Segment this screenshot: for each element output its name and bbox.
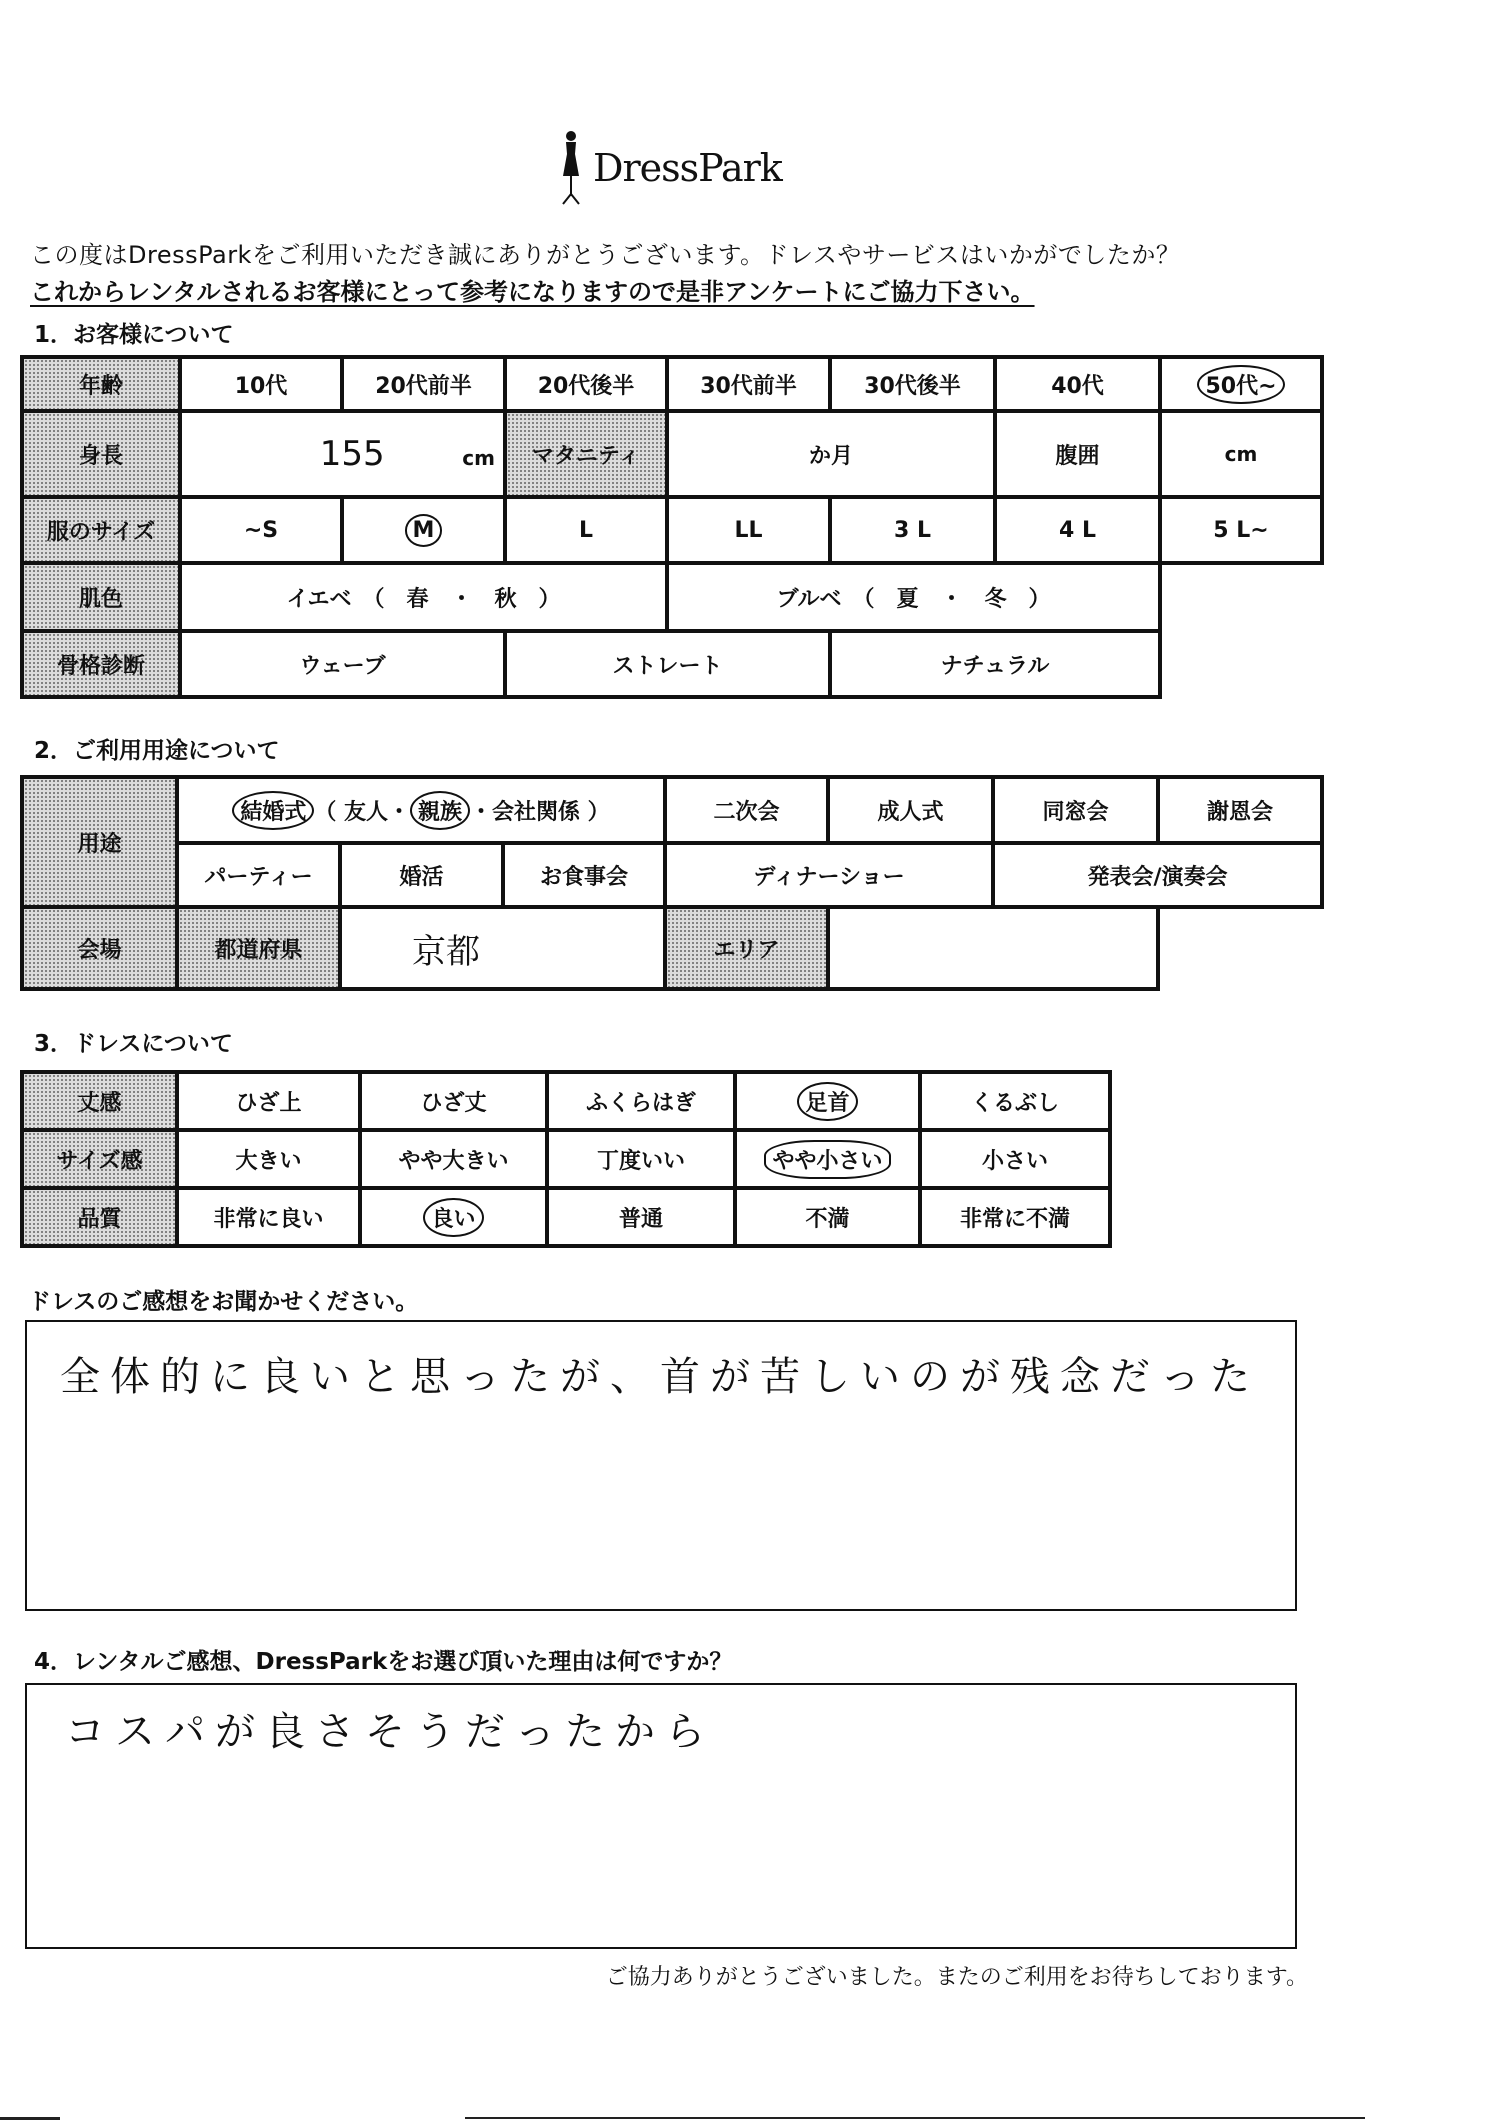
- brand-name: DressPark: [593, 146, 782, 190]
- age-option[interactable]: 20代後半: [505, 357, 667, 411]
- section1-title: 1．お客様について: [34, 316, 234, 349]
- area-field[interactable]: [828, 907, 1158, 989]
- fit-option[interactable]: 小さい: [920, 1130, 1110, 1188]
- selection-circle: やや小さい: [764, 1140, 890, 1179]
- purpose-option[interactable]: お食事会: [503, 843, 665, 907]
- maternity-label: マタニティ: [505, 411, 667, 497]
- size-option[interactable]: 3 L: [830, 497, 995, 563]
- purpose-option[interactable]: パーティー: [177, 843, 340, 907]
- age-row: 年齢 10代 20代前半 20代後半 30代前半 30代後半 40代 50代~: [22, 357, 1322, 411]
- skin-option-blue[interactable]: ブルベ （ 夏 ・ 冬 ）: [667, 563, 1160, 631]
- section3-title: 3．ドレスについて: [34, 1025, 233, 1058]
- skeleton-label: 骨格診断: [22, 631, 180, 697]
- fit-option-selected[interactable]: やや小さい: [735, 1130, 920, 1188]
- size-label: 服のサイズ: [22, 497, 180, 563]
- height-field[interactable]: 155 cm: [180, 411, 505, 497]
- age-label: 年齢: [22, 357, 180, 411]
- length-option-selected[interactable]: 足首: [735, 1072, 920, 1130]
- length-option[interactable]: ひざ丈: [360, 1072, 547, 1130]
- selection-circle: M: [405, 514, 443, 547]
- venue-row: 会場 都道府県 京都 エリア: [22, 907, 1322, 989]
- size-option-selected[interactable]: M: [342, 497, 505, 563]
- waist-label: 腹囲: [995, 411, 1160, 497]
- wedding-open-text: （ 友人・: [314, 800, 410, 825]
- intro-text: この度はDressParkをご利用いただき誠にありがとうございます。ドレスやサー…: [30, 235, 1180, 270]
- skin-option-yellow[interactable]: イエベ （ 春 ・ 秋 ）: [180, 563, 667, 631]
- customer-info-table: 年齢 10代 20代前半 20代後半 30代前半 30代後半 40代 50代~ …: [20, 355, 1324, 699]
- skin-label: 肌色: [22, 563, 180, 631]
- size-option[interactable]: LL: [667, 497, 830, 563]
- scan-artifact: [465, 2117, 1365, 2119]
- comment-prompt: ドレスのご感想をお聞かせください。: [28, 1283, 418, 1316]
- fit-option[interactable]: 大きい: [177, 1130, 360, 1188]
- size-option[interactable]: L: [505, 497, 667, 563]
- age-option[interactable]: 20代前半: [342, 357, 505, 411]
- height-value: 155: [320, 434, 385, 474]
- selection-circle: 50代~: [1197, 365, 1284, 404]
- skeleton-option[interactable]: ウェーブ: [180, 631, 505, 697]
- size-option[interactable]: ~S: [180, 497, 342, 563]
- height-unit: cm: [462, 446, 495, 470]
- purpose-option[interactable]: 二次会: [665, 777, 828, 843]
- selection-circle: 足首: [797, 1082, 857, 1121]
- purpose-option[interactable]: 発表会/演奏会: [993, 843, 1322, 907]
- purpose-row-1: 用途 結婚式（ 友人・親族・会社関係 ） 二次会 成人式 同窓会 謝恩会: [22, 777, 1322, 843]
- prefecture-field[interactable]: 京都: [340, 907, 665, 989]
- scan-artifact: [0, 2117, 60, 2120]
- quality-option-selected[interactable]: 良い: [360, 1188, 547, 1246]
- length-option[interactable]: ひざ上: [177, 1072, 360, 1130]
- skin-row: 肌色 イエベ （ 春 ・ 秋 ） ブルベ （ 夏 ・ 冬 ）: [22, 563, 1322, 631]
- dress-comment-text: 全体的に良いと思ったが、首が苦しいのが残念だった: [60, 1345, 1260, 1402]
- age-option[interactable]: 30代後半: [830, 357, 995, 411]
- dress-form-icon: [555, 128, 587, 208]
- area-label: エリア: [665, 907, 828, 989]
- wedding-close-text: ・会社関係 ）: [470, 800, 610, 825]
- thanks-message: ご協力ありがとうございました。またのご利用をお待ちしております。: [606, 1960, 1308, 1991]
- purpose-option[interactable]: 謝恩会: [1158, 777, 1322, 843]
- height-row: 身長 155 cm マタニティ か月 腹囲 cm: [22, 411, 1322, 497]
- length-option[interactable]: ふくらはぎ: [547, 1072, 735, 1130]
- quality-row: 品質 非常に良い 良い 普通 不満 非常に不満: [22, 1188, 1110, 1246]
- skeleton-option[interactable]: ストレート: [505, 631, 830, 697]
- length-row: 丈感 ひざ上 ひざ丈 ふくらはぎ 足首 くるぶし: [22, 1072, 1110, 1130]
- fit-option[interactable]: 丁度いい: [547, 1130, 735, 1188]
- fit-label: サイズ感: [22, 1130, 177, 1188]
- length-label: 丈感: [22, 1072, 177, 1130]
- quality-option[interactable]: 普通: [547, 1188, 735, 1246]
- usage-table: 用途 結婚式（ 友人・親族・会社関係 ） 二次会 成人式 同窓会 謝恩会 パーテ…: [20, 775, 1324, 991]
- fit-row: サイズ感 大きい やや大きい 丁度いい やや小さい 小さい: [22, 1130, 1110, 1188]
- purpose-option[interactable]: 成人式: [828, 777, 993, 843]
- waist-field[interactable]: cm: [1160, 411, 1322, 497]
- section4-title: 4．レンタルご感想、DressParkをお選び頂いた理由は何ですか？: [34, 1643, 732, 1676]
- maternity-months-field[interactable]: か月: [667, 411, 995, 497]
- prefecture-label: 都道府県: [177, 907, 340, 989]
- height-label: 身長: [22, 411, 180, 497]
- waist-unit: cm: [1225, 442, 1258, 466]
- size-row: 服のサイズ ~S M L LL 3 L 4 L 5 L~: [22, 497, 1322, 563]
- months-unit: か月: [809, 444, 853, 469]
- fit-option[interactable]: やや大きい: [360, 1130, 547, 1188]
- quality-option[interactable]: 非常に良い: [177, 1188, 360, 1246]
- purpose-option[interactable]: ディナーショー: [665, 843, 993, 907]
- selection-circle: 結婚式: [232, 791, 314, 830]
- length-option[interactable]: くるぶし: [920, 1072, 1110, 1130]
- purpose-row-2: パーティー 婚活 お食事会 ディナーショー 発表会/演奏会: [22, 843, 1322, 907]
- quality-option[interactable]: 非常に不満: [920, 1188, 1110, 1246]
- selection-circle: 親族: [410, 791, 470, 830]
- skeleton-option[interactable]: ナチュラル: [830, 631, 1160, 697]
- purpose-label: 用途: [22, 777, 177, 907]
- intro-request: これからレンタルされるお客様にとって参考になりますので是非アンケートにご協力下さ…: [30, 272, 1035, 307]
- size-option[interactable]: 4 L: [995, 497, 1160, 563]
- selection-circle: 良い: [423, 1198, 483, 1237]
- dresspark-logo: DressPark: [555, 125, 795, 210]
- quality-option[interactable]: 不満: [735, 1188, 920, 1246]
- prefecture-value: 京都: [412, 932, 480, 972]
- age-option[interactable]: 40代: [995, 357, 1160, 411]
- age-option[interactable]: 10代: [180, 357, 342, 411]
- purpose-option[interactable]: 同窓会: [993, 777, 1158, 843]
- wedding-option[interactable]: 結婚式（ 友人・親族・会社関係 ）: [177, 777, 665, 843]
- skeleton-row: 骨格診断 ウェーブ ストレート ナチュラル: [22, 631, 1322, 697]
- age-option[interactable]: 30代前半: [667, 357, 830, 411]
- age-option-selected[interactable]: 50代~: [1160, 357, 1322, 411]
- reason-answer-text: コスパが良さそうだったから: [65, 1700, 715, 1757]
- quality-label: 品質: [22, 1188, 177, 1246]
- purpose-option[interactable]: 婚活: [340, 843, 503, 907]
- venue-label: 会場: [22, 907, 177, 989]
- section2-title: 2．ご利用用途について: [34, 732, 280, 765]
- dress-table: 丈感 ひざ上 ひざ丈 ふくらはぎ 足首 くるぶし サイズ感 大きい やや大きい …: [20, 1070, 1112, 1248]
- size-option[interactable]: 5 L~: [1160, 497, 1322, 563]
